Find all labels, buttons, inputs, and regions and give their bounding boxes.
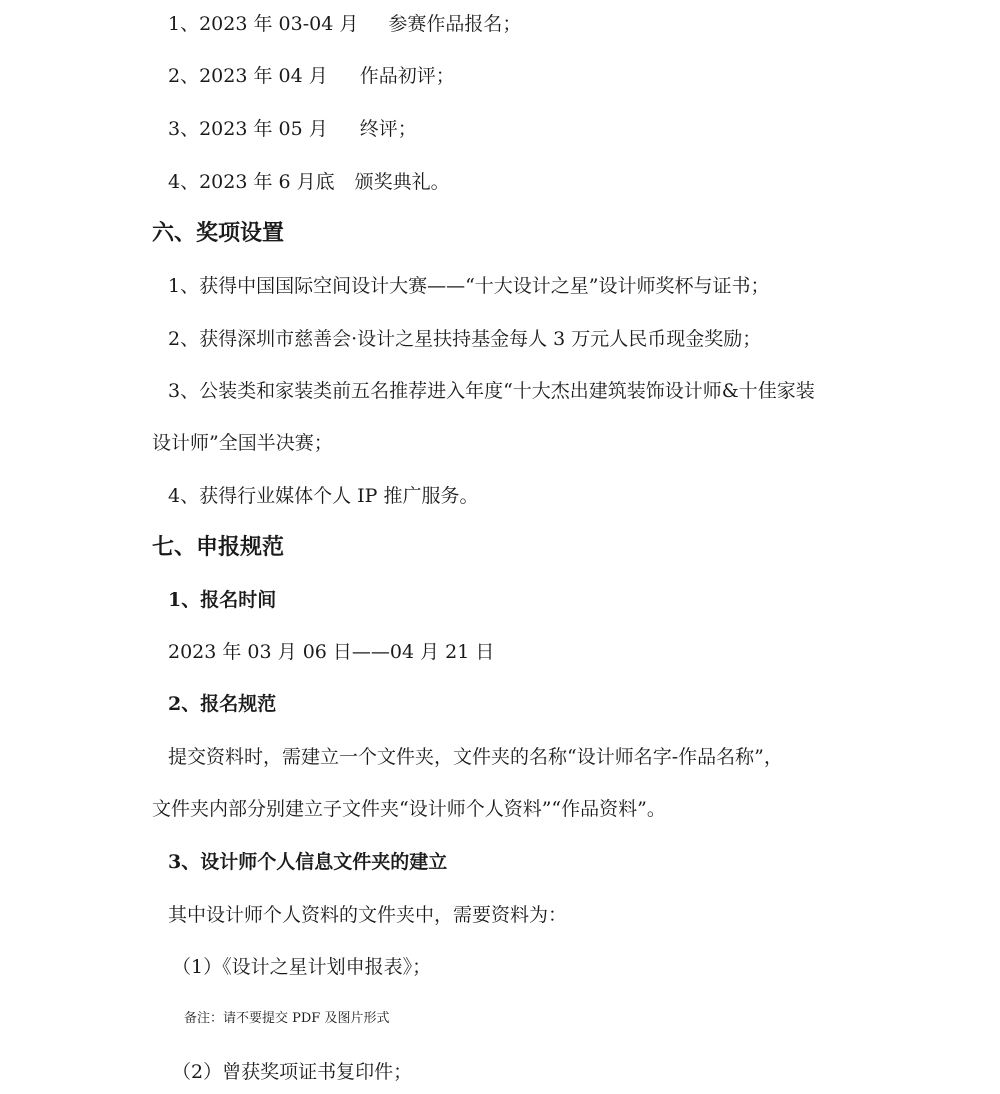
personal-folder-intro: 其中设计师个人资料的文件夹中，需要资料为： (168, 903, 567, 927)
award-item-2: 2、获得深圳市慈善会·设计之星扶持基金每人 3 万元人民币现金奖励； (168, 327, 761, 351)
schedule-item-1: 1、2023 年 03-04 月参赛作品报名； (168, 12, 521, 36)
award-item-4: 4、获得行业媒体个人 IP 推广服务。 (168, 484, 478, 508)
schedule-desc: 参赛作品报名； (388, 13, 521, 35)
required-item-2: （2）曾获奖项证书复印件； (172, 1060, 412, 1084)
sub-heading-registration-time: 1、报名时间 (168, 588, 276, 612)
sub-heading-personal-folder: 3、设计师个人信息文件夹的建立 (168, 850, 447, 874)
section-7-heading: 七、申报规范 (152, 535, 284, 559)
required-item-1: （1）《设计之星计划申报表》； (172, 955, 431, 979)
award-item-1: 1、获得中国国际空间设计大赛——“十大设计之星”设计师奖杯与证书； (168, 274, 770, 298)
note-text: 备注：请不要提交 PDF 及图片形式 (184, 1010, 389, 1028)
registration-period: 2023 年 03 月 06 日——04 月 21 日 (168, 640, 494, 664)
schedule-item-2: 2、2023 年 04 月作品初评； (168, 64, 455, 88)
rules-line-2: 文件夹内部分别建立子文件夹“设计师个人资料”“作品资料”。 (152, 797, 666, 821)
schedule-date: 2、2023 年 04 月 (168, 65, 328, 87)
section-6-heading: 六、奖项设置 (152, 221, 284, 245)
schedule-item-4: 4、2023 年 6 月底颁奖典礼。 (168, 170, 450, 194)
schedule-desc: 作品初评； (360, 65, 455, 87)
schedule-date: 4、2023 年 6 月底 (168, 171, 335, 193)
schedule-date: 3、2023 年 05 月 (168, 118, 328, 140)
rules-line-1: 提交资料时，需建立一个文件夹，文件夹的名称“设计师名字-作品名称”， (168, 745, 783, 769)
schedule-date: 1、2023 年 03-04 月 (168, 13, 358, 35)
schedule-desc: 终评； (360, 118, 417, 140)
sub-heading-registration-rules: 2、报名规范 (168, 692, 276, 716)
award-item-3: 3、公装类和家装类前五名推荐进入年度“十大杰出建筑装饰设计师&十佳家装 (168, 379, 815, 403)
award-item-3-cont: 设计师”全国半决赛； (152, 431, 333, 455)
schedule-item-3: 3、2023 年 05 月终评； (168, 117, 417, 141)
schedule-desc: 颁奖典礼。 (355, 171, 450, 193)
